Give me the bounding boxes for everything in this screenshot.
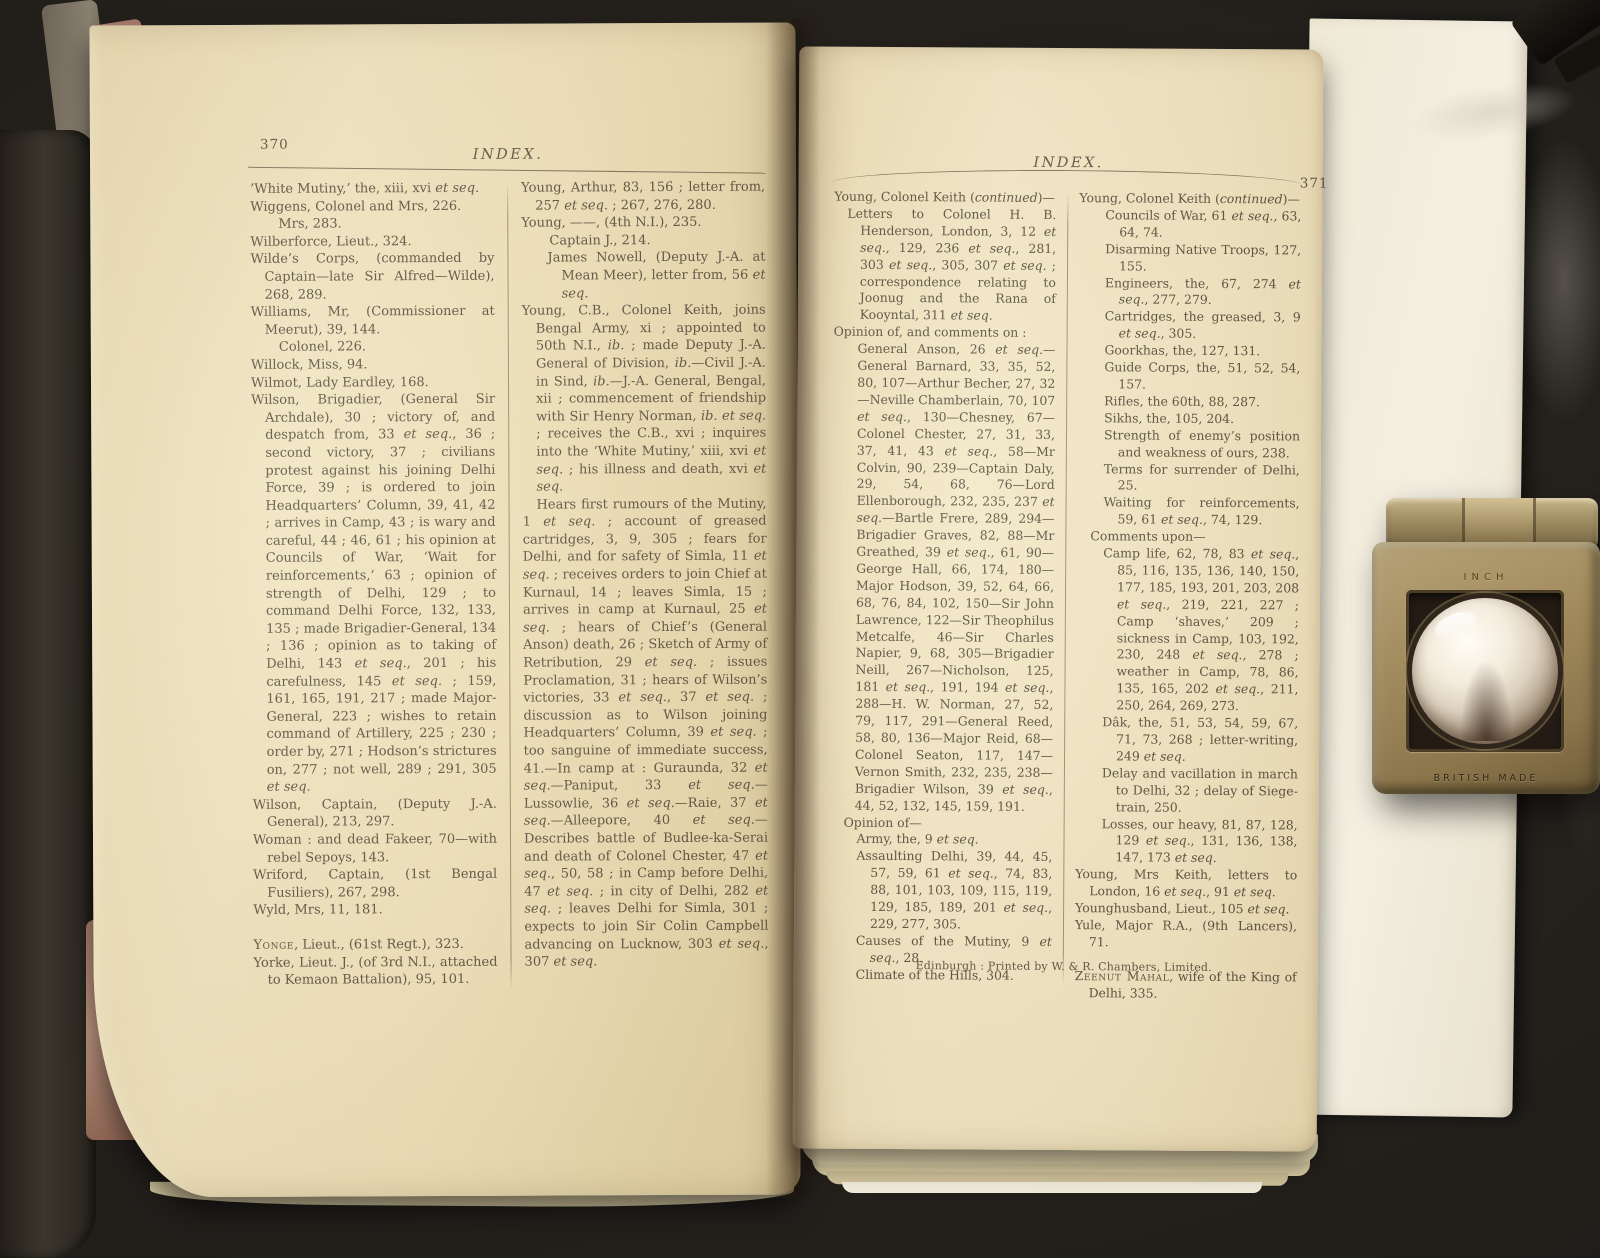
index-entry: Wilmot, Lady Eardley, 168.	[251, 373, 495, 392]
index-entry: Wiggens, Colonel and Mrs, 226.	[250, 197, 494, 216]
index-entry: Dâk, the, 51, 53, 54, 59, 67, 71, 73, 26…	[1076, 714, 1298, 766]
index-entry: Letters to Colonel H. B. Henderson, Lond…	[834, 206, 1057, 326]
index-entry: Wilson, Captain, (Deputy J.-A. General),…	[253, 796, 497, 832]
book-cover-left	[0, 130, 96, 1258]
index-entry: Williams, Mr, (Commissioner at Meerut), …	[251, 303, 495, 339]
index-entry: Strength of enemy’s position and weaknes…	[1078, 427, 1300, 462]
index-entry: Wilson, Brigadier, (General Sir Archdale…	[251, 391, 497, 797]
lens-reflection-shadow	[1460, 662, 1513, 741]
index-entry: Yule, Major R.A., (9th Lancers), 71.	[1075, 917, 1297, 952]
left-page: 370 INDEX. ’White Mutiny,’ the, xiii, xv…	[89, 22, 800, 1197]
index-entry: Captain J., 214.	[521, 231, 765, 250]
index-heading-left: INDEX.	[473, 147, 544, 163]
index-entry: Terms for surrender of Delhi, 25.	[1078, 461, 1300, 496]
page-number-left: 370	[260, 137, 289, 153]
left-page-header: 370 INDEX.	[250, 143, 766, 164]
index-entry: Cartridges, the greased, 3, 9 et seq., 3…	[1079, 308, 1301, 343]
index-entry: James Nowell, (Deputy J.-A. at Mean Meer…	[521, 249, 765, 303]
index-entry: Yorke, Lieut. J., (of 3rd N.I., attached…	[254, 953, 498, 989]
loupe-opening	[1406, 590, 1564, 752]
index-column-1: ’White Mutiny,’ the, xiii, xvi et seq.Wi…	[250, 180, 498, 993]
index-entry: Colonel, 226.	[251, 338, 495, 357]
index-entry: Woman : and dead Fakeer, 70—with rebel S…	[253, 831, 497, 867]
index-entry: Councils of War, 61 et seq., 63, 64, 74.	[1079, 207, 1301, 242]
index-entry: Camp life, 62, 78, 83 et seq., 85, 116, …	[1076, 545, 1299, 715]
cover-scuff	[1516, 140, 1600, 420]
right-page-columns: Young, Colonel Keith (continued)—Letters…	[830, 189, 1303, 988]
index-entry: Young, Colonel Keith (continued)—	[834, 189, 1056, 207]
index-entry: Sikhs, the, 105, 204.	[1078, 410, 1300, 428]
index-entry: ’White Mutiny,’ the, xiii, xvi et seq.	[250, 180, 494, 199]
index-entry: Delay and vacillation in march to Delhi,…	[1076, 765, 1298, 817]
stacked-page-edge	[842, 1182, 1262, 1193]
index-entry: Guide Corps, the, 51, 52, 54, 157.	[1078, 359, 1300, 394]
index-column-4: Young, Colonel Keith (continued)—Council…	[1075, 190, 1302, 987]
index-entry: Young, Mrs Keith, letters to London, 16 …	[1075, 866, 1297, 901]
index-entry: Losses, our heavy, 81, 87, 128, 129 et s…	[1075, 816, 1297, 868]
loupe-lens	[1407, 593, 1563, 749]
index-entry: Young, C.B., Colonel Keith, joins Bengal…	[522, 302, 767, 497]
index-entry: Willock, Miss, 94.	[251, 356, 495, 375]
index-column-3: Young, Colonel Keith (continued)—Letters…	[830, 189, 1057, 986]
index-entry: Young, Arthur, 83, 156 ; letter from, 25…	[521, 179, 765, 215]
index-entry: Comments upon—	[1077, 528, 1299, 546]
index-entry: Opinion of—	[831, 814, 1053, 832]
index-entry: Younghusband, Lieut., 105 et seq.	[1075, 900, 1297, 918]
left-page-columns: ’White Mutiny,’ the, xiii, xvi et seq.Wi…	[250, 179, 770, 993]
photo-open-book: 370 INDEX. ’White Mutiny,’ the, xiii, xv…	[0, 0, 1600, 1258]
index-entry: Opinion of, and comments on :	[834, 324, 1056, 342]
index-entry: Disarming Native Troops, 127, 155.	[1079, 241, 1301, 276]
index-heading-right: INDEX.	[1033, 155, 1104, 171]
lens-glint	[1431, 607, 1480, 644]
index-entry: Assaulting Delhi, 39, 44, 45, 57, 59, 61…	[830, 848, 1053, 934]
right-page: INDEX. 371 Young, Colonel Keith (continu…	[793, 46, 1324, 1151]
loupe-made-label: BRITISH MADE	[1372, 773, 1600, 784]
index-entry: Young, ——, (4th N.I.), 235.	[521, 214, 765, 233]
index-entry: General Anson, 26 et seq.—General Barnar…	[831, 341, 1056, 816]
index-entry: Wriford, Captain, (1st Bengal Fusiliers)…	[253, 866, 497, 902]
index-entry: Wilde’s Corps, (commanded by Captain—lat…	[250, 250, 494, 304]
magnifier-loupe: INCH BRITISH MADE	[1372, 498, 1600, 794]
index-entry: Rifles, the 60th, 88, 287.	[1078, 393, 1300, 411]
loupe-body: INCH BRITISH MADE	[1372, 542, 1600, 794]
loupe-inch-label: INCH	[1372, 572, 1600, 583]
index-entry: Yonge, Lieut., (61st Regt.), 323.	[253, 936, 497, 955]
index-entry: Wyld, Mrs, 11, 181.	[253, 901, 497, 920]
index-entry: Engineers, the, 67, 274 et seq., 277, 27…	[1079, 275, 1301, 310]
header-rule-left	[248, 167, 766, 174]
page-number-right: 371	[1300, 175, 1329, 191]
column-divider	[507, 182, 512, 992]
column-divider	[1063, 192, 1069, 986]
index-entry: Hears first rumours of the Mutiny, 1 et …	[523, 495, 769, 971]
index-entry: Young, Colonel Keith (continued)—	[1079, 190, 1301, 208]
index-entry: Waiting for reinforcements, 59, 61 et se…	[1077, 494, 1299, 529]
entry-gap	[253, 919, 497, 937]
index-entry: Goorkhas, the, 127, 131.	[1078, 342, 1300, 360]
index-entry: Wilberforce, Lieut., 324.	[250, 233, 494, 252]
index-entry: Army, the, 9 et seq.	[830, 831, 1052, 849]
index-column-2: Young, Arthur, 83, 156 ; letter from, 25…	[521, 179, 769, 992]
index-entry: Mrs, 283.	[250, 215, 494, 234]
